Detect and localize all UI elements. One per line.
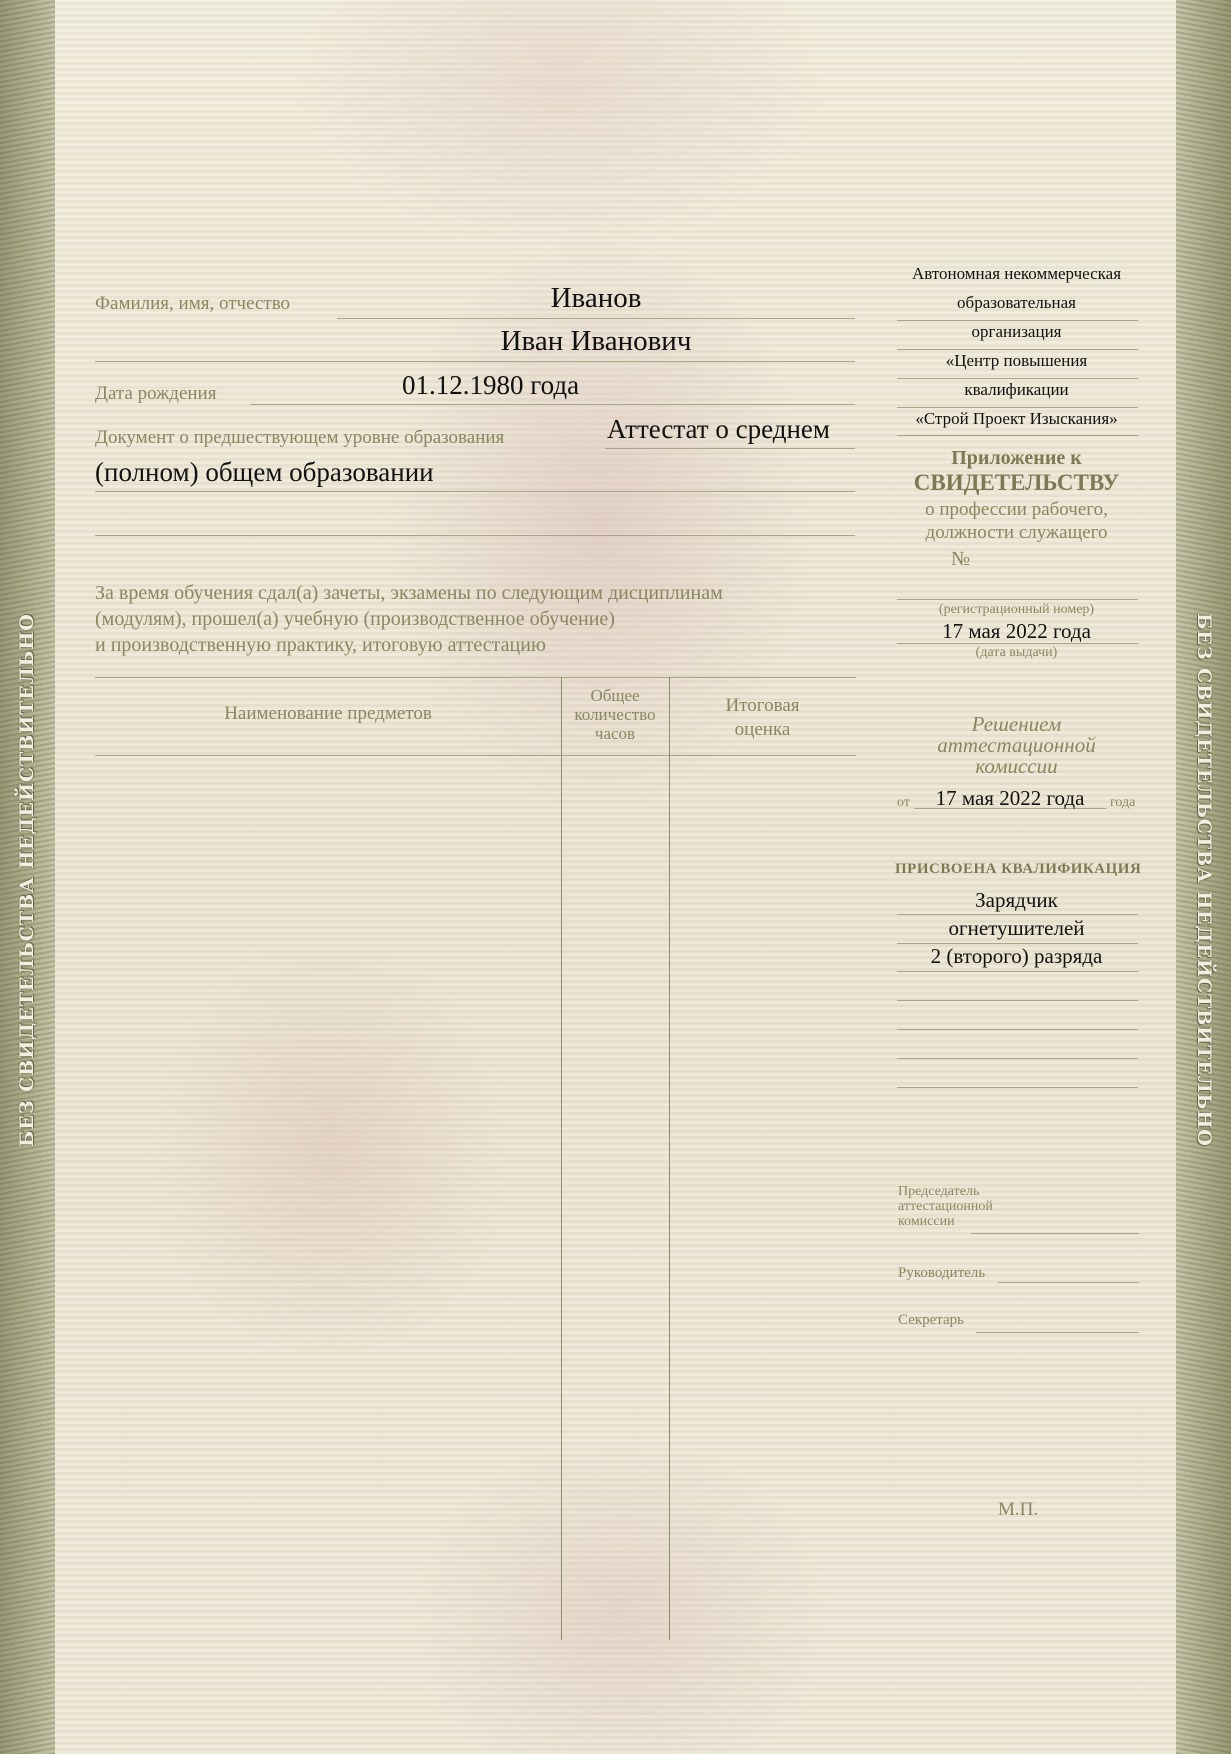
fio-line-1	[337, 318, 855, 319]
qualification-line: огнетушителей	[895, 916, 1138, 941]
surname-value: Иванов	[337, 282, 855, 315]
reg-number-caption: (регистрационный номер)	[895, 602, 1138, 618]
org-line: квалификации	[895, 380, 1138, 400]
cert-number-sign: №	[951, 548, 970, 571]
table-col-divider-1	[561, 677, 562, 1640]
birth-date-value: 01.12.1980 года	[402, 370, 579, 401]
head-signature-line	[998, 1282, 1139, 1283]
study-intro-line-3: и производственную практику, итоговую ат…	[95, 634, 546, 657]
prev-doc-line-2	[95, 491, 855, 492]
header-grade-line: оценка	[669, 718, 856, 742]
study-intro-line-2: (модулям), прошел(а) учебную (производст…	[95, 608, 615, 631]
secretary-label: Секретарь	[898, 1312, 964, 1329]
header-hours: Общее количество часов	[561, 686, 669, 743]
prev-doc-line-1	[605, 448, 855, 449]
chairman-label-line: аттестационной	[898, 1199, 993, 1214]
header-grade-line: Итоговая	[669, 694, 856, 718]
issue-date-line	[897, 643, 1138, 644]
qualification-underline	[897, 1058, 1138, 1059]
birth-date-line	[250, 404, 855, 405]
prev-doc-value-2: (полном) общем образовании	[95, 457, 434, 488]
qualification-underline	[897, 1087, 1138, 1088]
org-underline	[897, 349, 1138, 350]
table-col-divider-2	[669, 677, 670, 1640]
chairman-label-line: Председатель	[898, 1184, 993, 1199]
org-line: «Центр повышения	[895, 351, 1138, 371]
header-hours-line: Общее	[561, 686, 669, 705]
chairman-label-line: комиссии	[898, 1214, 993, 1229]
secretary-signature-line	[976, 1332, 1139, 1333]
decision-date-value: 17 мая 2022 года	[914, 786, 1106, 811]
study-intro-line-1: За время обучения сдал(а) зачеты, экзаме…	[95, 582, 723, 605]
fio-label: Фамилия, имя, отчество	[95, 293, 290, 315]
qualification-line: Зарядчик	[895, 888, 1138, 913]
prev-doc-label: Документ о предшествующем уровне образов…	[95, 427, 504, 449]
issue-date-value: 17 мая 2022 года	[895, 619, 1138, 644]
decision-year-suffix: года	[1110, 795, 1135, 811]
decision-line: комиссии	[895, 754, 1138, 779]
head-label: Руководитель	[898, 1265, 985, 1282]
table-header-line	[95, 755, 856, 756]
left-border-text: БЕЗ СВИДЕТЕЛЬСТВА НЕДЕЙСТВИТЕЛЬНО	[16, 613, 38, 1147]
org-line: образовательная	[895, 293, 1138, 313]
cert-subtitle-1: о профессии рабочего,	[895, 499, 1138, 521]
fio-line-2	[95, 361, 855, 362]
org-underline	[897, 435, 1138, 436]
prev-doc-line-3	[95, 535, 855, 536]
qualification-underline	[897, 1000, 1138, 1001]
org-underline	[897, 407, 1138, 408]
header-hours-line: количество	[561, 705, 669, 724]
prev-doc-value-1: Аттестат о среднем	[607, 414, 830, 445]
reg-number-line	[897, 599, 1138, 600]
header-hours-line: часов	[561, 724, 669, 743]
chairman-signature-line	[971, 1233, 1139, 1234]
qualification-underline	[897, 971, 1138, 972]
qualification-underline	[897, 1029, 1138, 1030]
org-line: организация	[895, 322, 1138, 342]
qualification-line: 2 (второго) разряда	[895, 944, 1138, 969]
org-underline	[897, 320, 1138, 321]
header-subject: Наименование предметов	[95, 703, 561, 725]
name-patronymic-value: Иван Иванович	[337, 325, 855, 358]
chairman-label: Председатель аттестационной комиссии	[898, 1184, 993, 1229]
cert-title-2: СВИДЕТЕЛЬСТВУ	[895, 470, 1138, 496]
qualification-heading: ПРИСВОЕНА КВАЛИФИКАЦИЯ	[895, 861, 1138, 878]
org-underline	[897, 378, 1138, 379]
birth-date-label: Дата рождения	[95, 383, 216, 405]
org-line: Автономная некоммерческая	[895, 264, 1138, 284]
right-border-text: БЕЗ СВИДЕТЕЛЬСТВА НЕДЕЙСТВИТЕЛЬНО	[1193, 613, 1215, 1147]
org-line: «Строй Проект Изыскания»	[895, 409, 1138, 429]
issue-date-caption: (дата выдачи)	[895, 645, 1138, 661]
cert-subtitle-2: должности служащего	[895, 522, 1138, 544]
decision-from-prefix: от	[897, 795, 910, 811]
stamp-place-label: М.П.	[998, 1499, 1038, 1521]
table-top-line	[95, 677, 856, 678]
cert-title-1: Приложение к	[895, 447, 1138, 470]
qualification-underline	[897, 914, 1138, 915]
header-grade: Итоговая оценка	[669, 694, 856, 742]
